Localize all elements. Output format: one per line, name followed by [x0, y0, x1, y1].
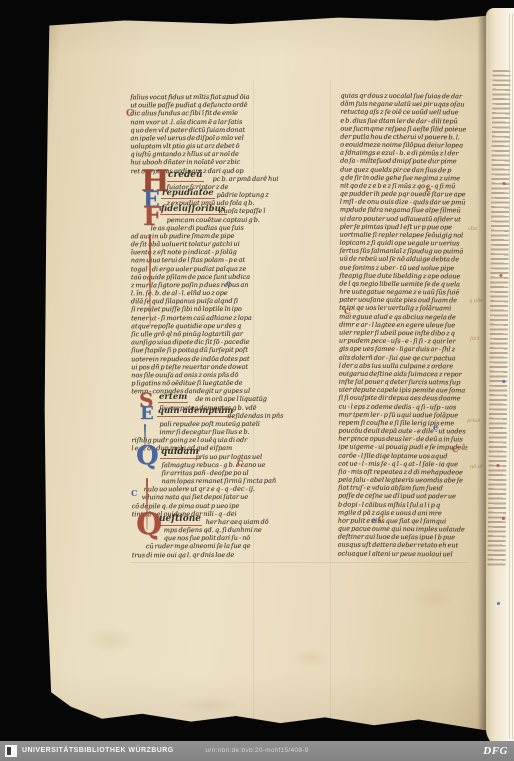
scan-viewer-canvas: falius vocat fidus ut mītis fiat apud ōi…	[0, 0, 514, 761]
ink-speck	[502, 517, 505, 520]
ink-speck	[496, 464, 499, 467]
ink-speck	[502, 182, 505, 185]
facing-page-text-lines	[487, 70, 510, 568]
ink-speck	[499, 274, 502, 277]
dfg-logo: DFG	[483, 741, 508, 761]
page-edge-line	[509, 14, 510, 739]
footer-bar: UNIVERSITÄTSBIBLIOTHEK WÜRZBURG urn:nbn:…	[0, 741, 514, 761]
urn-label: urn:nbn:de:bvb:20-mchf15/408-9	[0, 741, 514, 761]
page-edge-line	[512, 14, 513, 739]
facing-page-edge	[486, 8, 514, 749]
manuscript-page[interactable]	[44, 14, 490, 731]
page-crease	[330, 80, 331, 728]
ink-speck	[502, 380, 505, 383]
ink-speck	[497, 602, 500, 605]
page-crease	[253, 80, 254, 728]
ruling-line	[130, 562, 468, 563]
